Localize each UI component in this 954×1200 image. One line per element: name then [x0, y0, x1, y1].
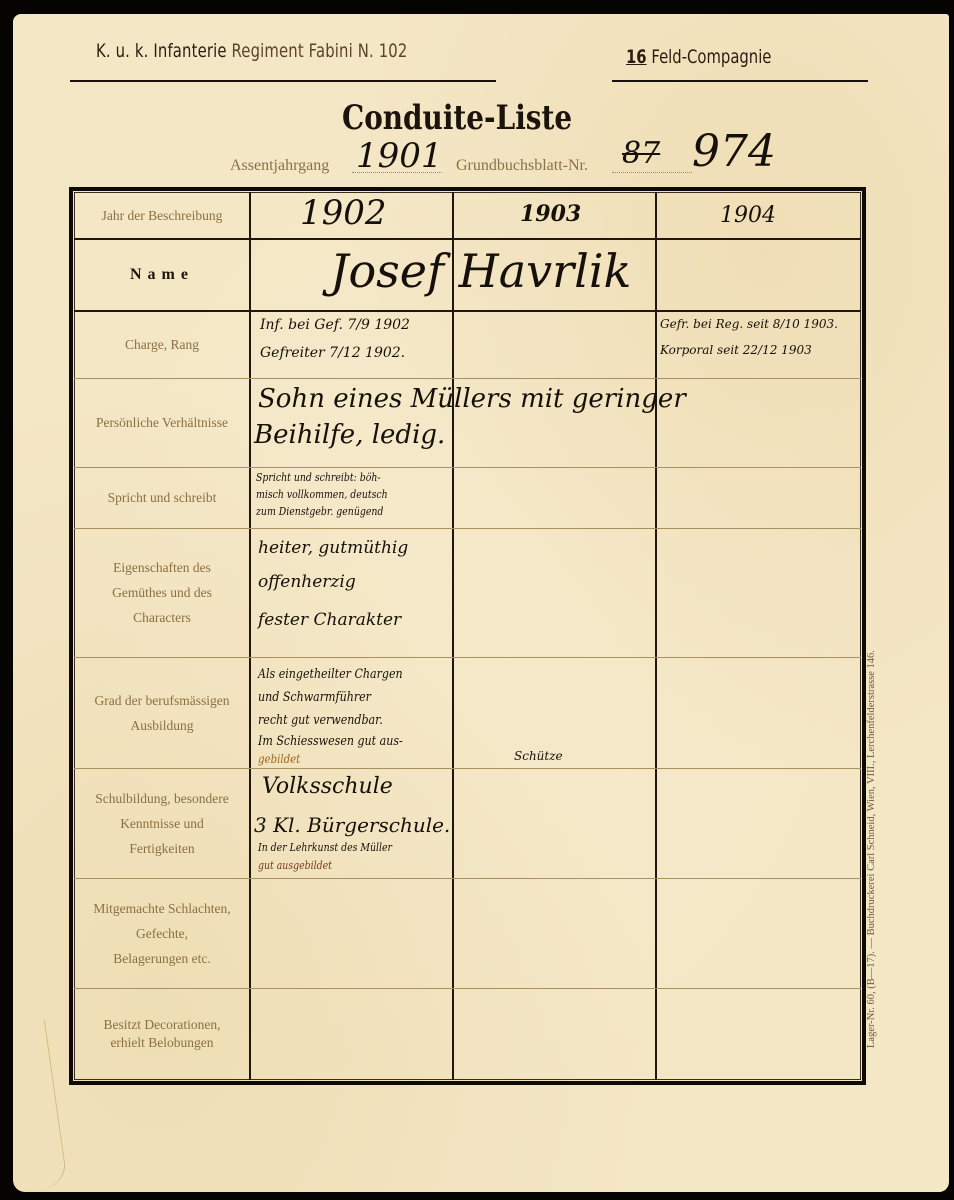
training-1902-line2: und Schwarmführer	[258, 691, 371, 704]
grundbuch-struck-value: 87	[622, 136, 660, 171]
regiment-heading: K. u. k. Infanterie Regiment Fabini N. 1…	[96, 40, 407, 62]
company-underline	[612, 80, 868, 82]
name-value: Josef Havrlik	[330, 248, 631, 294]
company-number: 16	[626, 46, 647, 68]
year-1904: 1904	[720, 205, 776, 227]
regiment-name: Regiment Fabini N. 102	[232, 40, 408, 62]
languages-1902-line3: zum Dienstgebr. genügend	[256, 506, 383, 517]
personal-1902-line2: Beihilfe, ledig.	[254, 422, 445, 448]
character-1902-line2: offenherzig	[258, 574, 356, 591]
education-label: Schulbildung, besondere Kenntnisse und F…	[74, 768, 250, 878]
education-1902-line3: In der Lehrkunst des Müller	[258, 842, 392, 853]
character-1902-line1: heiter, gutmüthig	[258, 540, 408, 557]
character-1902-line3: fester Charakter	[258, 612, 401, 629]
personal-circumstances-label: Persönliche Verhältnisse	[74, 378, 250, 467]
education-1902-line2: 3 Kl. Bürgerschule.	[254, 815, 450, 835]
year-1903: 1903	[520, 203, 581, 225]
training-1902-line5: gebildet	[258, 753, 300, 765]
regiment-underline	[70, 80, 496, 82]
charge-1904-line1: Gefr. bei Reg. seit 8/10 1903.	[660, 318, 838, 330]
charge-rang-label: Charge, Rang	[74, 310, 250, 378]
assent-label: Assentjahrgang	[230, 157, 329, 175]
document-title: Conduite-Liste	[342, 98, 572, 138]
company-label: Feld-Compagnie	[651, 46, 771, 68]
grundbuch-label: Grundbuchsblatt-Nr.	[456, 157, 588, 175]
languages-label: Spricht und schreibt	[74, 467, 250, 528]
training-1903-value: Schütze	[514, 750, 563, 762]
name-label: Name	[74, 238, 250, 310]
column-divider-3	[655, 192, 657, 1080]
grundbuch-field-line	[612, 172, 692, 173]
character-traits-label: Eigenschaften des Gemüthes und des Chara…	[74, 528, 250, 657]
education-1902-line1: Volksschule	[262, 776, 393, 798]
battles-label: Mitgemachte Schlachten, Gefechte, Belage…	[74, 878, 250, 988]
training-1902-line4: Im Schiesswesen gut aus-	[258, 735, 403, 748]
education-1902-line4: gut ausgebildet	[258, 860, 332, 871]
grundbuch-value: 974	[692, 126, 776, 177]
charge-1904-line2: Korporal seit 22/12 1903	[660, 344, 812, 356]
personal-1902-line1: Sohn eines Müllers mit geringer	[258, 386, 686, 412]
year-label: Jahr der Beschreibung	[74, 192, 250, 238]
training-level-label: Grad der berufsmässigen Ausbildung	[74, 657, 250, 768]
assent-value: 1901	[356, 136, 443, 176]
year-1902: 1902	[300, 196, 387, 230]
decorations-label: Besitzt Decorationen, erhielt Belobungen	[74, 988, 250, 1080]
training-1902-line3: recht gut verwendbar.	[258, 714, 383, 727]
regiment-prefix: K. u. k. Infanterie	[96, 40, 227, 62]
charge-1902-line1: Inf. bei Gef. 7/9 1902	[260, 318, 410, 332]
languages-1902-line1: Spricht und schreibt: böh-	[256, 472, 381, 483]
training-1902-line1: Als eingetheilter Chargen	[258, 668, 403, 681]
charge-1902-line2: Gefreiter 7/12 1902.	[260, 346, 405, 360]
company-heading: 16 Feld-Compagnie	[626, 46, 771, 68]
column-divider-2	[452, 192, 454, 1080]
languages-1902-line2: misch vollkommen, deutsch	[256, 489, 388, 500]
printer-imprint: Lager-Nr. 60, (B—17). — Buchdruckerei Ca…	[866, 528, 877, 1048]
